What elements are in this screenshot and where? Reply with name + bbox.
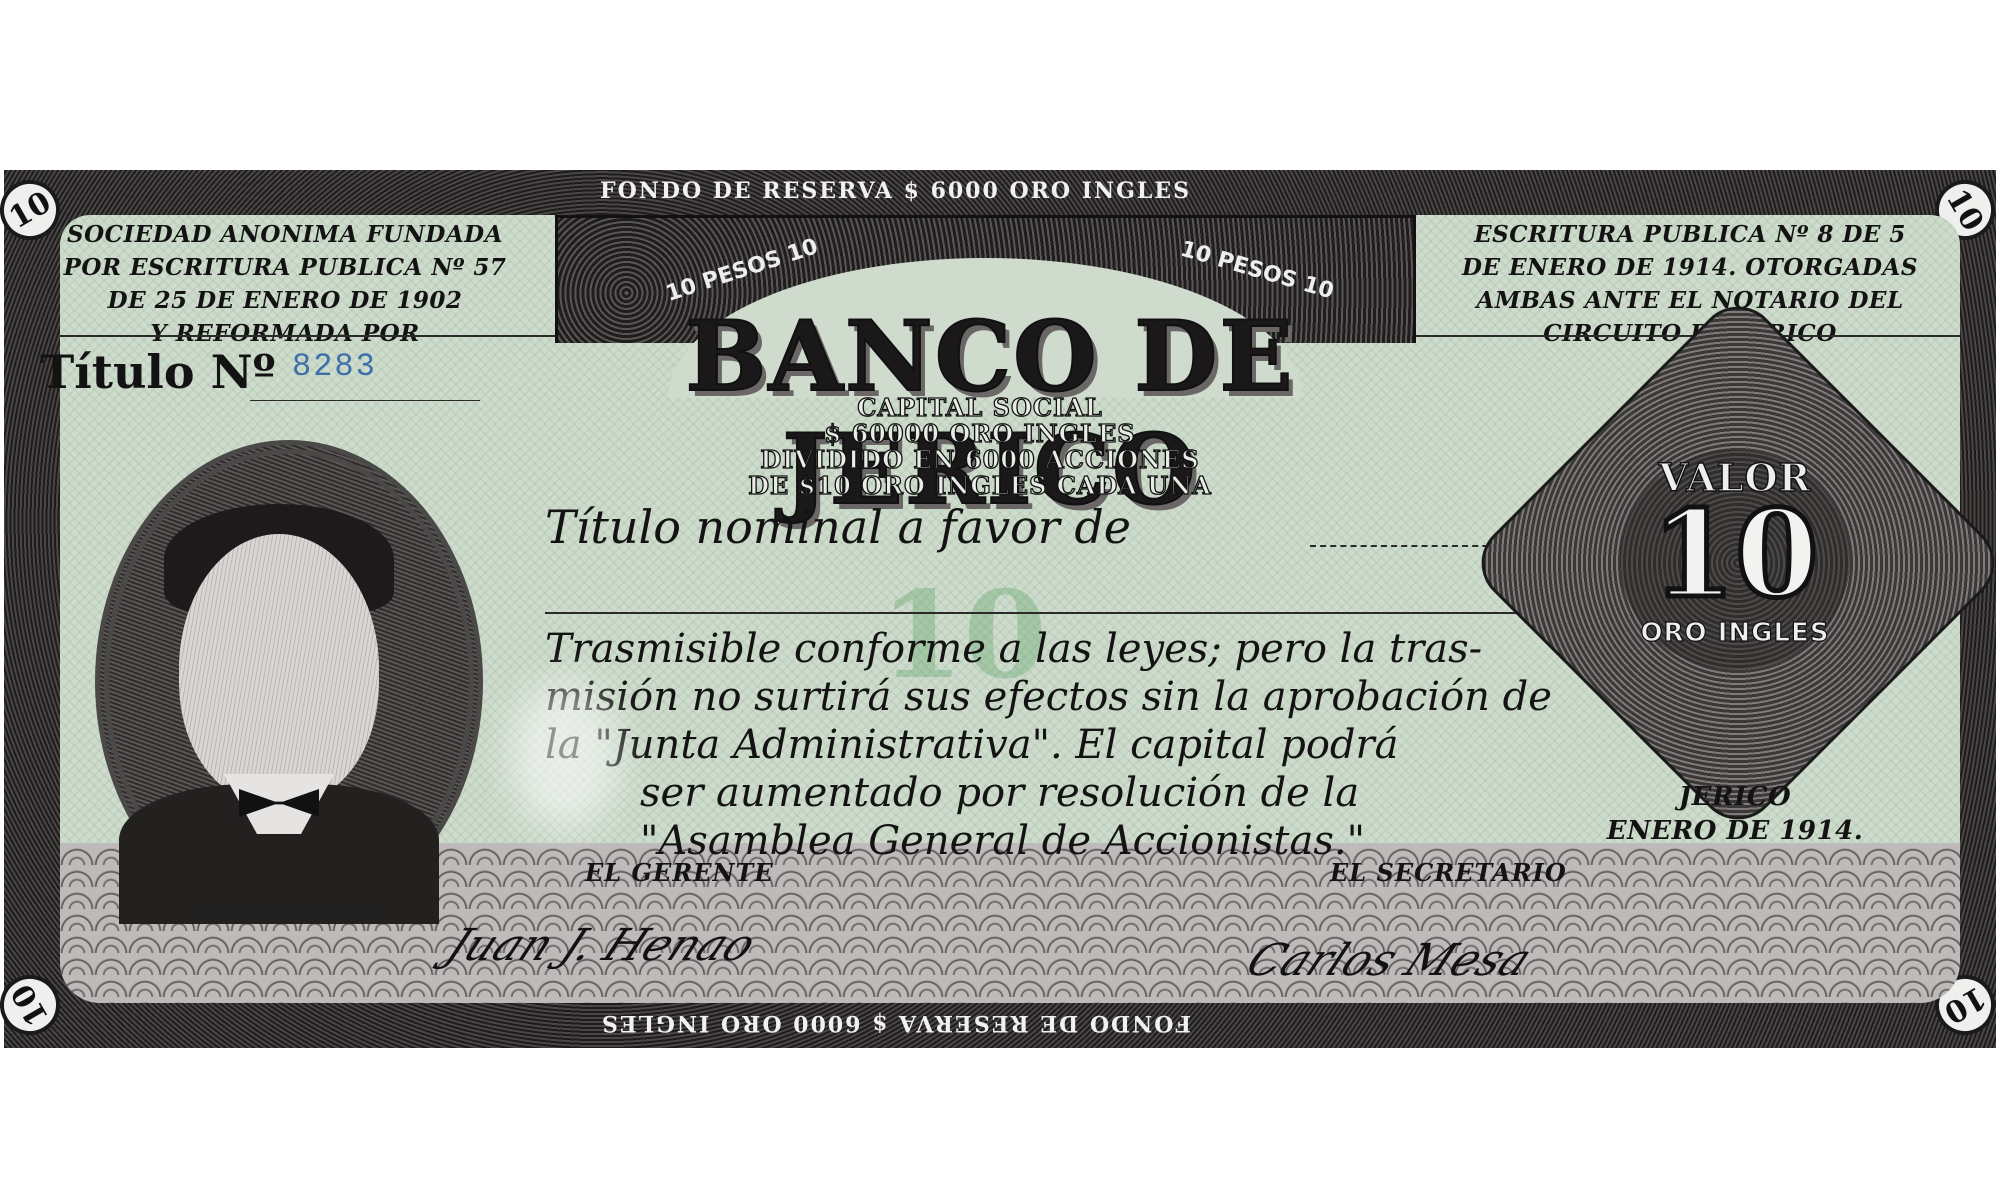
issue-place-date: JERICO ENERO DE 1914.: [1585, 780, 1885, 848]
arch-label-right: 10 PESOS 10: [1178, 237, 1337, 305]
body-line: la "Junta Administrativa". El capital po…: [545, 721, 1625, 769]
issue-date: ENERO DE 1914.: [1585, 814, 1885, 848]
portrait-face: [179, 534, 379, 804]
secretario-label: EL SECRETARIO: [1330, 858, 1567, 887]
body-line: Trasmisible conforme a las leyes; pero l…: [545, 625, 1625, 673]
portrait-caption: SANTIAGO SANTAMARIA: [95, 908, 485, 1200]
capital-line: CAPITAL SOCIAL: [630, 395, 1330, 421]
photo-glare: [510, 680, 620, 830]
gerente-signature: Juan J. Henao: [438, 920, 764, 971]
border-top-text: FONDO DE RESERVA $ 6000 ORO INGLES: [600, 178, 1191, 204]
header-left-line: SOCIEDAD ANONIMA FUNDADA: [25, 218, 545, 251]
header-right-line: DE ENERO DE 1914. OTORGADAS: [1420, 251, 1960, 284]
capital-block: CAPITAL SOCIAL $ 60000 ORO INGLES DIVIDI…: [630, 395, 1330, 499]
payee-line-2: [545, 612, 1605, 614]
portrait-oval: [95, 440, 483, 923]
border-bottom-text: FONDO DE RESERVA $ 6000 ORO INGLES: [600, 1010, 1191, 1036]
titulo-number-label: Título Nº: [40, 345, 276, 399]
gerente-label: EL GERENTE: [585, 858, 774, 887]
nominal-favor-label: Título nominal a favor de: [545, 500, 1131, 554]
valor-amount: 10: [1640, 490, 1830, 620]
header-left-line: DE 25 DE ENERO DE 1902: [25, 284, 545, 317]
header-right-line: AMBAS ANTE EL NOTARIO DEL: [1420, 284, 1960, 317]
capital-line: DE $10 ORO INGLES CADA UNA: [630, 473, 1330, 499]
serial-underline: [250, 400, 480, 401]
issue-place: JERICO: [1585, 780, 1885, 814]
capital-line: DIVIDIDO EN 6000 ACCIONES: [630, 447, 1330, 473]
body-line: ser aumentado por resolución de la: [545, 769, 1625, 817]
header-left-block: SOCIEDAD ANONIMA FUNDADA POR ESCRITURA P…: [25, 218, 545, 350]
body-text: Trasmisible conforme a las leyes; pero l…: [545, 625, 1625, 865]
secretario-signature: Carlos Mesa: [1238, 935, 1540, 986]
header-right-block: ESCRITURA PUBLICA Nº 8 DE 5 DE ENERO DE …: [1420, 218, 1960, 350]
header-right-line: ESCRITURA PUBLICA Nº 8 DE 5: [1420, 218, 1960, 251]
body-line: misión no surtirá sus efectos sin la apr…: [545, 673, 1625, 721]
serial-number: 8283: [292, 348, 377, 385]
header-left-line: POR ESCRITURA PUBLICA Nº 57: [25, 251, 545, 284]
valor-currency: ORO INGLES: [1640, 618, 1830, 648]
capital-line: $ 60000 ORO INGLES: [630, 421, 1330, 447]
